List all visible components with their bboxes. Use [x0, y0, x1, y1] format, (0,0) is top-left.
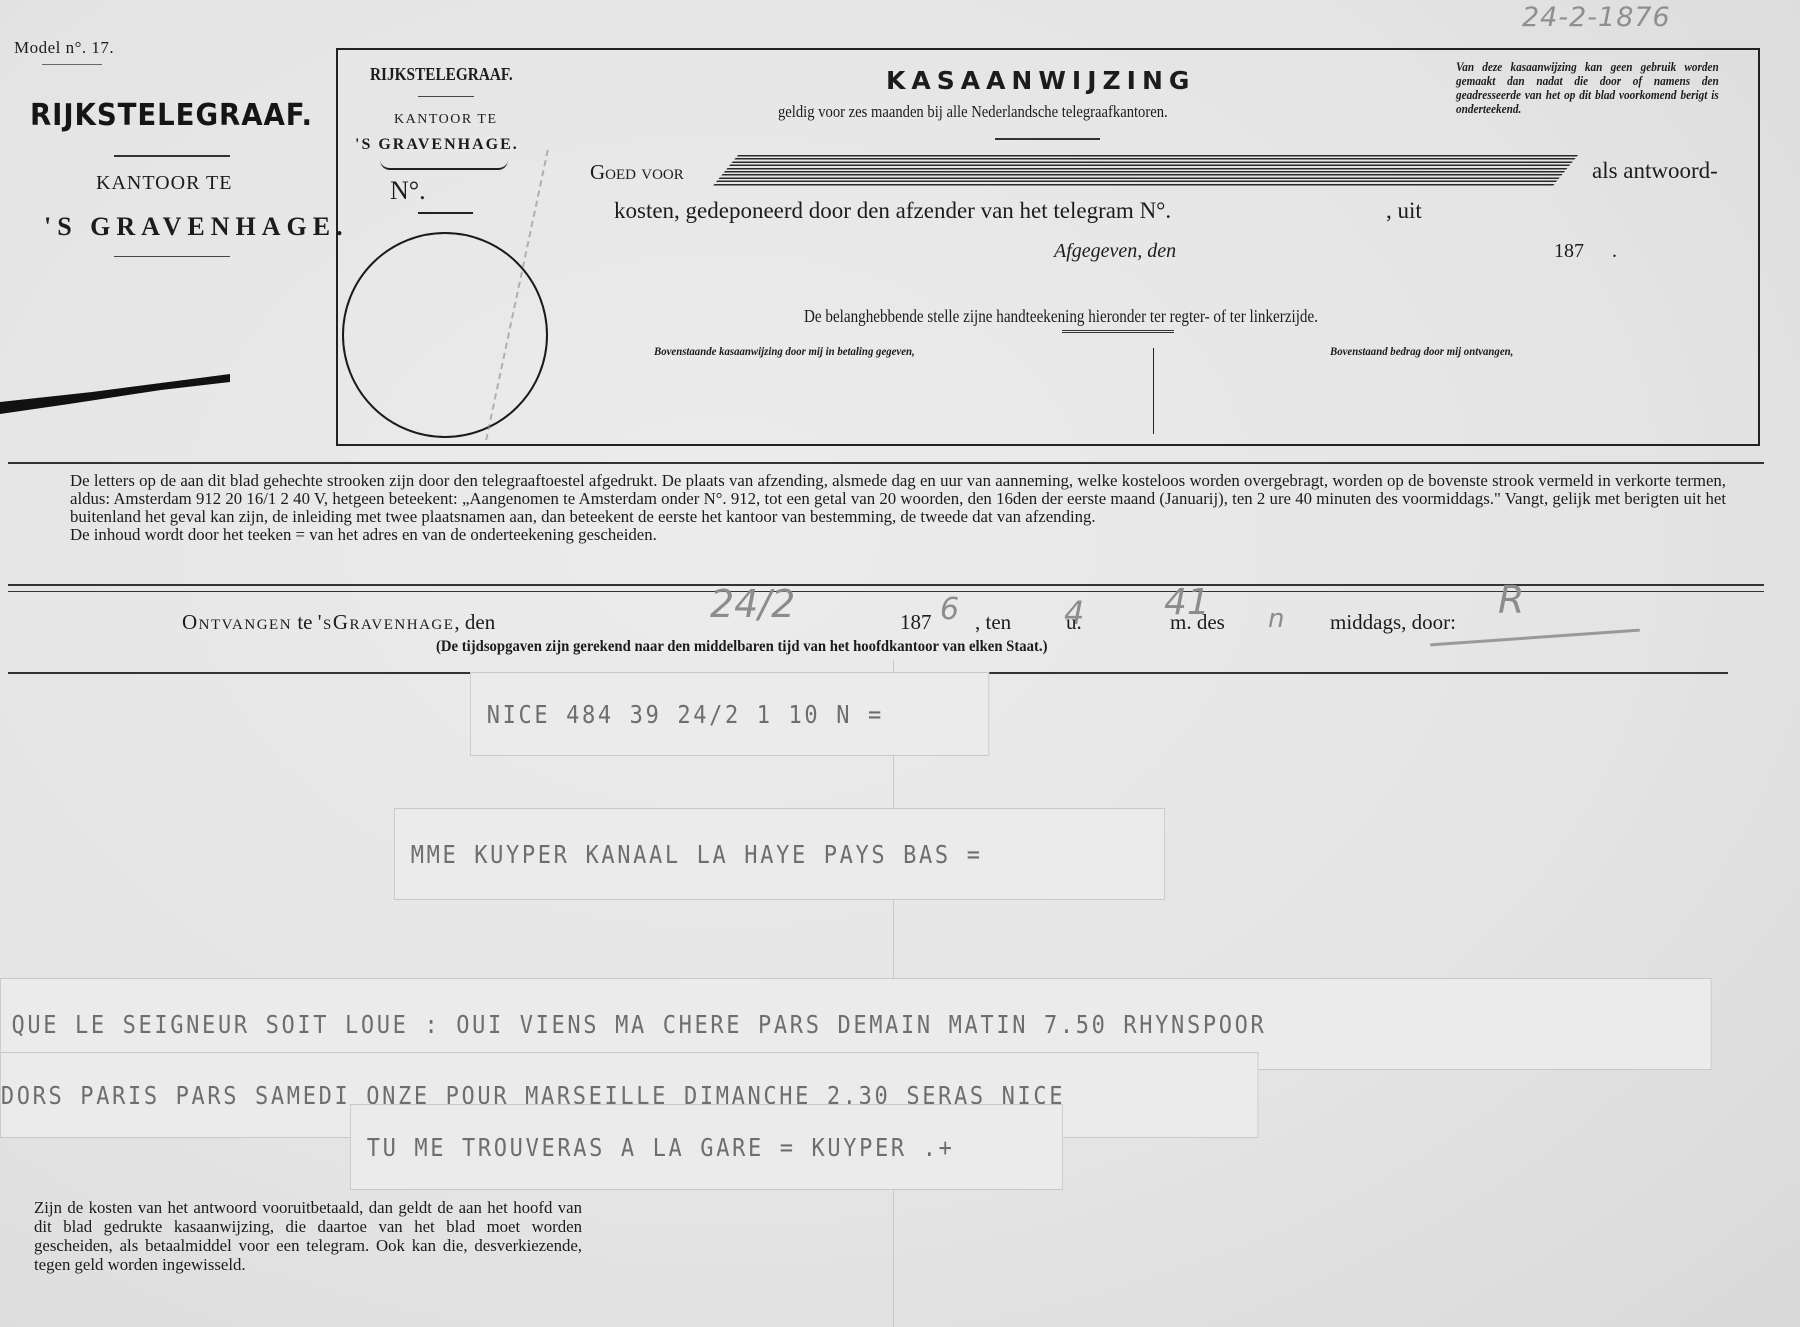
telegram-strip-header: NICE 484 39 24/2 1 10 N =	[470, 672, 989, 756]
clerk-initials: R	[1498, 578, 1524, 622]
agency-title: RIJKSTELEGRAAF.	[30, 98, 313, 133]
received-label: Ontvangen	[182, 610, 292, 634]
stub-office-label: KANTOOR TE	[394, 112, 498, 128]
amount-hatched-field	[712, 155, 1578, 187]
model-number: Model n°. 17.	[14, 38, 114, 58]
brace-ornament-icon	[380, 160, 508, 170]
afgegeven-label: Afgegeven, den	[1054, 240, 1176, 263]
divider	[114, 256, 230, 257]
instructions-paragraph: De inhoud wordt door het teeken = van he…	[70, 526, 1726, 544]
u-label: u.	[1066, 610, 1082, 635]
divider	[995, 138, 1100, 140]
signature-left-label: Bovenstaande kasaanwijzing door mij in b…	[654, 344, 915, 359]
stub-agency: RIJKSTELEGRAAF.	[370, 64, 513, 85]
divider	[42, 64, 102, 65]
received-line: Ontvangen te 'sGravenhage, den	[182, 610, 495, 635]
signature-instruction: De belanghebbende stelle zijne handteeke…	[804, 306, 1318, 327]
coupon-subtitle: geldig voor zes maanden bij alle Nederla…	[778, 102, 1168, 122]
telegram-strip-address: MME KUYPER KANAAL LA HAYE PAYS BAS =	[394, 808, 1165, 900]
paper-tear-mark	[0, 374, 230, 414]
handwritten-year-digit: 6	[940, 592, 959, 627]
time-note: (De tijdsopgaven zijn gerekend naar den …	[436, 638, 1047, 656]
signature-divider	[1153, 348, 1154, 434]
instructions-block: De letters op de aan dit blad gehechte s…	[70, 472, 1726, 544]
coupon-title: KASAANWIJZING	[886, 66, 1195, 95]
kosten-line: kosten, gedeponeerd door den afzender va…	[614, 198, 1171, 224]
footer-note: Zijn de kosten van het antwoord vooruitb…	[34, 1198, 582, 1274]
pencil-stroke	[1430, 629, 1640, 647]
pencil-archive-date: 24-2-1876	[1522, 2, 1671, 33]
signature-right-label: Bovenstaand bedrag door mij ontvangen,	[1330, 344, 1513, 359]
divider	[114, 155, 230, 157]
uit-label: , uit	[1386, 198, 1422, 224]
telegram-strip-body: TU ME TROUVERAS A LA GARE = KUYPER .+	[350, 1104, 1063, 1190]
year-prefix: 187	[900, 610, 932, 635]
den-label: , den	[454, 610, 495, 634]
coupon-side-note: Van deze kasaanwijzing kan geen gebruik …	[1456, 60, 1719, 116]
goed-voor-label: Goed voor	[590, 160, 684, 185]
instructions-paragraph: De letters op de aan dit blad gehechte s…	[70, 472, 1726, 526]
te-label: te	[297, 610, 312, 634]
handwritten-day-part: n	[1268, 604, 1284, 634]
stub-number-label: N°.	[390, 176, 426, 206]
antwoord-label: als antwoord-	[1592, 158, 1718, 184]
divider	[418, 96, 474, 97]
handwritten-date: 24/2	[710, 582, 795, 626]
received-city: 'sGravenhage	[318, 610, 455, 634]
middags-label: middags, door:	[1330, 610, 1456, 635]
stub-number-field[interactable]	[418, 212, 473, 214]
stub-office-city: 'S GRAVENHAGE.	[355, 136, 519, 154]
m-des-label: m. des	[1170, 610, 1225, 635]
year-prefix: 187	[1554, 240, 1584, 263]
office-label: KANTOOR TE	[96, 172, 232, 195]
divider	[8, 462, 1764, 464]
ten-label: , ten	[975, 610, 1011, 635]
telegram-form-page: 24-2-1876 Model n°. 17. RIJKSTELEGRAAF. …	[0, 0, 1800, 1327]
year-suffix: .	[1612, 240, 1617, 263]
office-city: 'S GRAVENHAGE.	[44, 212, 349, 242]
double-underline	[1062, 330, 1174, 333]
